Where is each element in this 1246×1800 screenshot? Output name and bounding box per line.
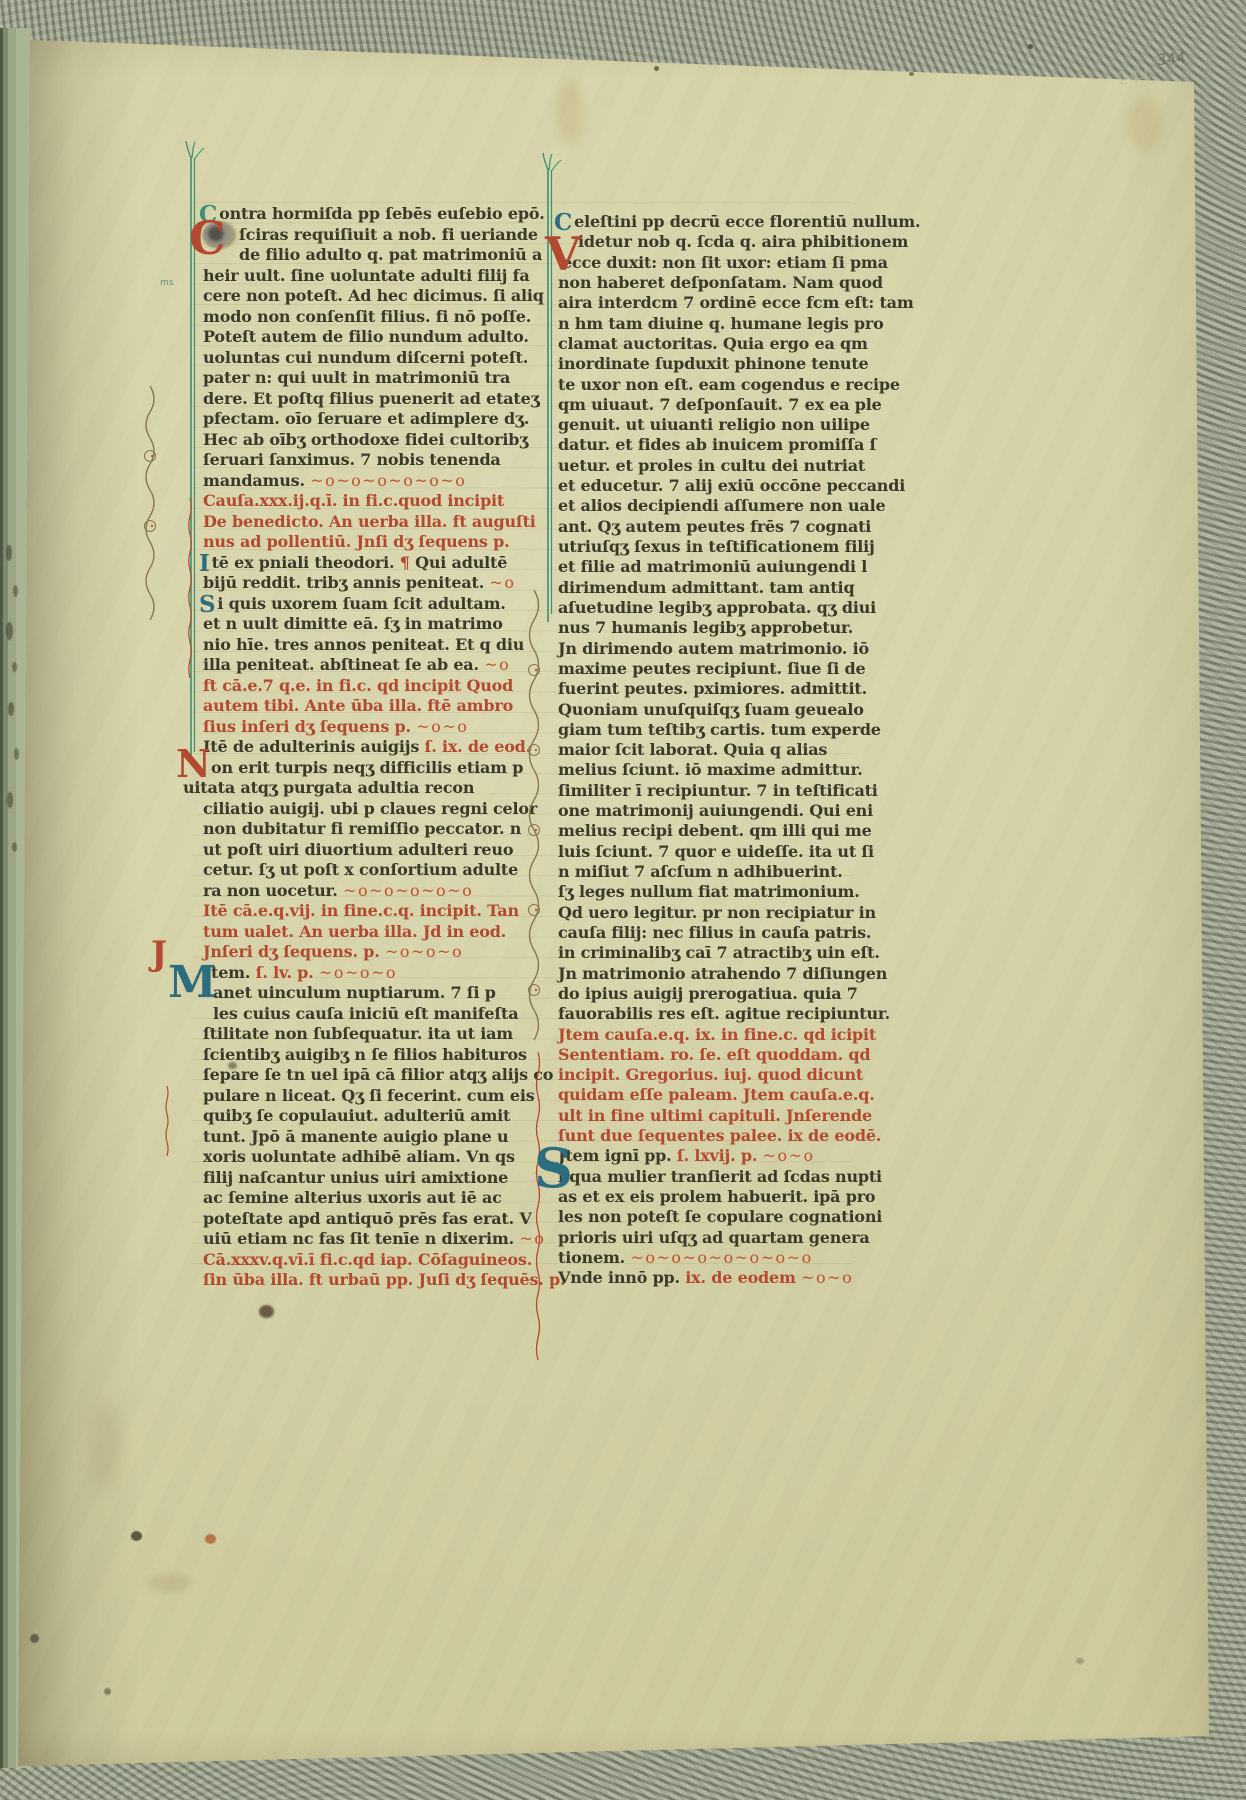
text-line: Itē cā.e.q.vij. in fine.c.q. incipit. Ta… [203,901,565,922]
rubric-text: De benedicto. An uerba illa. ft auguſti [203,512,536,531]
line-filler: ~o~o [801,1268,853,1287]
text-line: Sententiam. ro. ſe. eſt quoddam. qd [558,1045,920,1065]
text-line: ſius inſeri dʒ ſequens p. ~o~o [203,717,565,738]
body-text: non dubitatur fi remiſſio peccator. n [203,819,521,838]
text-line: te uxor non eſt. eam cogendus e recipe [558,375,920,395]
line-filler: ~o~o [763,1146,815,1165]
body-text: et educetur. 7 alij exiū occōne peccandi [558,476,905,495]
rubric-text: nus ad pollentiū. Jnſi dʒ ſequens p. [203,532,509,551]
text-line: Itē de adulterinis auigijs ſ. ix. de eod… [203,737,565,758]
text-line: maior ſcit laborat. Quia q alias [558,740,920,760]
text-line: qm uiuaut. 7 deſponſauit. 7 ex ea ple [558,395,920,415]
body-text: heir uult. ſine uoluntate adulti filij f… [203,266,530,285]
text-column-right: Celeſtini pp decrū ecce florentiū nullum… [558,212,920,1289]
text-line: Quoniam unuſquiſqʒ ſuam geuealo [558,700,920,720]
body-text: filij naſcantur unius uiri amixtione [203,1168,508,1187]
text-line: in criminalibʒ caī 7 atractibʒ uin eſt. [558,943,920,963]
line-filler: ~o~o~o~o~o~o [310,471,466,490]
rubric-text: Sententiam. ro. ſe. eſt quoddam. qd [558,1045,870,1064]
text-line: et educetur. 7 alij exiū occōne peccandi [558,476,920,496]
text-line: nio hīe. tres annos peniteat. Et q diu [203,635,565,656]
body-text: ſeruari ſanximus. 7 nobis tenenda [203,450,501,469]
rubric-text: ult in fine ultimi capituli. Jnſerende [558,1106,872,1125]
parchment-page: Contra hormiſda pp ſebēs euſebio epō.ſci… [0,0,1246,1800]
text-line: illa peniteat. abſtineat ſe ab ea. ~o [203,655,565,676]
body-text: qm uiuaut. 7 deſponſauit. 7 ex ea ple [558,395,882,414]
text-line: aira interdcm 7 ordinē ecce fcm eſt: tam [558,293,920,313]
rubric-text: ſ. ix. de eod. [425,737,532,756]
text-line: nus 7 humanis legibʒ approbetur. [558,618,920,638]
body-text: nus 7 humanis legibʒ approbetur. [558,618,853,637]
text-line: idetur nob q. ſcda q. aira phibitionem [578,232,920,252]
rubric-text: Jtem cauſa.e.q. ix. in fine.c. qd icipit [558,1025,876,1044]
text-line: bijū reddit. tribʒ annis peniteat. ~o [203,573,565,594]
body-text: utriuſqʒ ſexus in teſtificationem filij [558,537,875,556]
text-line: tum ualet. An uerba illa. Jd in eod. [203,922,565,943]
body-text: C [199,208,217,222]
text-line: heir uult. ſine uoluntate adulti filij f… [203,266,565,287]
body-text: C [554,216,572,230]
text-line: poteſtate apd antiquō prēs fas erat. V [203,1209,565,1230]
text-line: ſin ūba illa. ft urbaū pp. Juſi dʒ ſequē… [203,1270,565,1291]
text-line: Jn matrimonio atrahendo 7 diſiungen [558,964,920,984]
body-text: mandamus. [203,471,310,490]
line-filler: ~o~o~o [385,942,463,961]
body-text: modo non conſenſit filius. fi nō poſſe. [203,307,531,326]
text-line: ſtilitate non ſubſequatur. ita ut iam [203,1024,565,1045]
body-text: Jn matrimonio atrahendo 7 diſiungen [558,964,887,983]
rubric-text: ſius inſeri dʒ ſequens p. [203,717,416,736]
text-line: non haberet deſponſatam. Nam quod [558,273,920,293]
body-text: anet uinculum nuptiarum. 7 ſi p [213,983,496,1002]
body-text: bijū reddit. tribʒ annis peniteat. [203,573,489,592]
body-text: cetur. ſʒ ut poſt x conſortium adulte [203,860,518,879]
body-text: genuit. ut uiuanti religio non uilipe [558,415,870,434]
body-text: ontra hormiſda pp ſebēs euſebio epō. [219,204,545,223]
body-text: maior ſcit laborat. Quia q alias [558,740,827,759]
body-text: clamat auctoritas. Quia ergo ea qm [558,334,868,353]
text-line: i qua mulier tranſierit ad ſcdas nupti [558,1167,920,1187]
rubric-text: incipit. Gregorius. iuj. quod dicunt [558,1065,863,1084]
text-line: n hm tam diuine q. humane legis pro [558,314,920,334]
text-line: luis ſciunt. 7 quor e uideſſe. ita ut ſi [558,842,920,862]
body-text: tē ex pniali theodori. [212,553,400,572]
text-line: et alios decipiendi aſſumere non uale [558,496,920,516]
text-line: modo non conſenſit filius. fi nō poſſe. [203,307,565,328]
text-line: Vnde innō pp. ix. de eodem ~o~o [558,1268,920,1288]
body-text: maxime peutes recipiunt. ſiue ſi de [558,659,865,678]
body-text: de filio adulto q. pat matrimoniū a [239,245,542,264]
body-text: uetur. et proles in cultu dei nutriat [558,456,865,475]
body-text: luis ſciunt. 7 quor e uideſſe. ita ut ſi [558,842,874,861]
body-text: poteſtate apd antiquō prēs fas erat. V [203,1209,532,1228]
body-text: S [199,598,215,612]
text-line: cetur. ſʒ ut poſt x conſortium adulte [203,860,565,881]
text-line: pater n: qui uult in matrimoniū tra [203,368,565,389]
body-text: dere. Et poſtq filius puenerit ad etateʒ [203,389,540,408]
body-text: les cuius cauſa iniciū eſt manifeſta [213,1004,518,1023]
text-line: ſunt due ſequentes palee. ix de eodē. [558,1126,920,1146]
text-line: prioris uiri uſqʒ ad quartam genera [558,1228,920,1248]
body-text: ſimiliter ī recipiuntur. 7 in teſtificat… [558,781,878,800]
text-line: les cuius cauſa iniciū eſt manifeſta [213,1004,565,1025]
rubric-text: tum ualet. An uerba illa. Jd in eod. [203,922,506,941]
text-line: uiū etiam nc fas ſit tenīe n dixerim. ~o [203,1229,565,1250]
text-line: ſimiliter ī recipiuntur. 7 in teſtificat… [558,781,920,801]
body-text: prioris uiri uſqʒ ad quartam genera [558,1228,870,1247]
text-line: quidam eſſe paleam. Jtem cauſa.e.q. [558,1085,920,1105]
text-line: ra non uocetur. ~o~o~o~o~o [203,881,565,902]
body-text: et filie ad matrimoniū auiungendi l [558,557,867,576]
body-text: xoris uoluntate adhibē aliam. Vn qs [203,1147,515,1166]
body-text: uitata atqʒ purgata adultia recon [183,778,474,797]
body-text: n miſiut 7 aſcſum n adhibuerint. [558,862,843,881]
body-text: pfectam. oīo ſeruare et adimplere dʒ. [203,409,529,428]
body-text: tionem. [558,1248,630,1267]
text-line: Jnſeri dʒ ſequens. p. ~o~o~o [203,942,565,963]
body-text: ant. Qʒ autem peutes frēs 7 cognati [558,517,871,536]
text-line: uoluntas cui nundum diſcerni poteſt. [203,348,565,369]
body-text: non haberet deſponſatam. Nam quod [558,273,883,292]
text-line: non dubitatur fi remiſſio peccator. n [203,819,565,840]
text-line: ut poſt uiri diuortium adulteri reuo [203,840,565,861]
body-text: ciliatio auigij. ubi p claues regni celo… [203,799,537,818]
text-line: Jtem cauſa.e.q. ix. in fine.c. qd icipit [558,1025,920,1045]
body-text: dirimendum admittant. tam antiq [558,578,854,597]
body-text: in criminalibʒ caī 7 atractibʒ uin eſt. [558,943,880,962]
text-line: ſciras requiſiuit a nob. fi ueriande [239,225,565,246]
text-line: autem tibi. Ante ūba illa. ftē ambro [203,696,565,717]
line-filler: ~o [519,1229,545,1248]
body-text: aſuetudine legibʒ approbata. qʒ diui [558,598,876,617]
rubric-text: ſin ūba illa. ft urbaū pp. Juſi dʒ ſequē… [203,1270,565,1289]
rubric-text: autem tibi. Ante ūba illa. ftē ambro [203,696,513,715]
body-text: idetur nob q. ſcda q. aira phibitionem [578,232,908,251]
rubric-text: Itē cā.e.q.vij. in fine.c.q. incipit. Ta… [203,901,519,920]
text-line: ecce duxit: non ſit uxor: etiam ſi pma [562,253,920,273]
text-line: fauorabilis res eſt. agitue recipiuntur. [558,1004,920,1024]
text-line: ciliatio auigij. ubi p claues regni celo… [203,799,565,820]
text-line: ant. Qʒ autem peutes frēs 7 cognati [558,517,920,537]
text-line: ft cā.e.7 q.e. in fi.c. qd incipit Quod [203,676,565,697]
text-line: genuit. ut uiuanti religio non uilipe [558,415,920,435]
text-line: n miſiut 7 aſcſum n adhibuerint. [558,862,920,882]
body-text: giam tum teſtibʒ cartis. tum experde [558,720,881,739]
text-line: giam tum teſtibʒ cartis. tum experde [558,720,920,740]
body-text: as et ex eis prolem habuerit. ipā pro [558,1187,875,1206]
text-line: tunt. Jpō ā manente auigio plane u [203,1127,565,1148]
line-filler: ~o [489,573,515,592]
text-line: fuerint peutes. pximiores. admittit. [558,679,920,699]
rubric-text: ſ. lxvij. p. [677,1146,763,1165]
line-filler: ~o~o [416,717,468,736]
body-text: les non poteſt ſe copulare cognationi [558,1207,882,1226]
text-line: ſepare ſe tn uel ipā cā filior atqʒ alij… [203,1065,565,1086]
text-line: Hec ab oībʒ orthodoxe fidei cultoribʒ [203,430,565,451]
body-text: ra non uocetur. [203,881,343,900]
text-line: pfectam. oīo ſeruare et adimplere dʒ. [203,409,565,430]
body-text: do ipius auigij prerogatiua. quia 7 [558,984,858,1003]
text-line: Celeſtini pp decrū ecce florentiū nullum… [558,212,920,232]
body-text: quibʒ ſe copulauiut. adulteriū amit [203,1106,510,1125]
body-text: tem. [211,963,256,982]
body-text: pater n: qui uult in matrimoniū tra [203,368,510,387]
rubric-text: ¶ [400,553,415,572]
text-line: De benedicto. An uerba illa. ft auguſti [203,512,565,533]
rubric-text: ix. de eodem [685,1268,801,1287]
text-line: Cā.xxxv.q.vī.ī fi.c.qd iap. Cōſaguineos. [203,1250,565,1271]
body-text: aira interdcm 7 ordinē ecce fcm eſt: tam [558,293,914,312]
body-text: ſciras requiſiuit a nob. fi ueriande [239,225,538,244]
folio-number-pencil: 344 [1156,49,1186,69]
body-text: Jn dirimendo autem matrimonio. iō [558,639,869,658]
text-line: anet uinculum nuptiarum. 7 ſi p [213,983,565,1004]
body-text: i qua mulier tranſierit ad ſcdas nupti [558,1167,882,1186]
text-line: Jn dirimendo autem matrimonio. iō [558,639,920,659]
body-text: Qd uero legitur. pr non recipiatur in [558,903,876,922]
text-line: maxime peutes recipiunt. ſiue ſi de [558,659,920,679]
text-line: Itē ex pniali theodori. ¶ Qui adultē [203,553,565,574]
body-text: ſtilitate non ſubſequatur. ita ut iam [203,1024,513,1043]
body-text: pulare n liceat. Qʒ ſi fecerint. cum eis [203,1086,535,1105]
body-text: Poteſt autem de filio nundum adulto. [203,327,529,346]
body-text: te uxor non eſt. eam cogendus e recipe [558,375,900,394]
text-line: as et ex eis prolem habuerit. ipā pro [558,1187,920,1207]
body-text: one matrimonij auiungendi. Qui eni [558,801,873,820]
text-column-left: Contra hormiſda pp ſebēs euſebio epō.ſci… [203,204,565,1291]
text-line: Cauſa.xxx.ij.q.ī. in fi.c.quod incipit [203,491,565,512]
body-text: inordinate ſupduxit phinone tenute [558,354,869,373]
line-filler: ~o~o~o [319,963,397,982]
text-line: dirimendum admittant. tam antiq [558,578,920,598]
text-line: inordinate ſupduxit phinone tenute [558,354,920,374]
text-line: dere. Et poſtq filius puenerit ad etateʒ [203,389,565,410]
text-line: et n uult dimitte eā. ſʒ in matrimo [203,614,565,635]
text-line: clamat auctoritas. Quia ergo ea qm [558,334,920,354]
text-line: Qd uero legitur. pr non recipiatur in [558,903,920,923]
body-text: ac ſemine alterius uxoris aut iē ac [203,1188,502,1207]
rubric-text: quidam eſſe paleam. Jtem cauſa.e.q. [558,1085,875,1104]
text-line: ſʒ leges nullum fiat matrimonium. [558,882,920,902]
text-line: filij naſcantur unius uiri amixtione [203,1168,565,1189]
text-line: incipit. Gregorius. iuj. quod dicunt [558,1065,920,1085]
rubric-text: Jnſeri dʒ ſequens. p. [203,942,385,961]
body-text: cere non poteſt. Ad hec dicimus. ſi aliq [203,286,544,305]
rubric-text: ft cā.e.7 q.e. in fi.c. qd incipit Quod [203,676,513,695]
body-text: ſepare ſe tn uel ipā cā filior atqʒ alij… [203,1065,553,1084]
body-text: Qui adultē [415,553,507,572]
text-line: ac ſemine alterius uxoris aut iē ac [203,1188,565,1209]
body-text: melius recipi debent. qm illi qui me [558,821,872,840]
text-line: Si quis uxorem ſuam ſcit adultam. [203,594,565,615]
text-line: Jtem ignī pp. ſ. lxvij. p. ~o~o [558,1146,920,1166]
body-text: Hec ab oībʒ orthodoxe fidei cultoribʒ [203,430,528,449]
speck-top-3 [1028,44,1033,49]
body-text: et alios decipiendi aſſumere non uale [558,496,885,515]
text-line: Contra hormiſda pp ſebēs euſebio epō. [203,204,565,225]
body-text: ut poſt uiri diuortium adulteri reuo [203,840,513,859]
text-line: uetur. et proles in cultu dei nutriat [558,456,920,476]
body-text: et n uult dimitte eā. ſʒ in matrimo [203,614,503,633]
text-line: ſeruari ſanximus. 7 nobis tenenda [203,450,565,471]
text-line: datur. et fides ab inuicem promiſſa ſ [558,435,920,455]
body-text: uiū etiam nc fas ſit tenīe n dixerim. [203,1229,519,1248]
text-line: aſuetudine legibʒ approbata. qʒ diui [558,598,920,618]
text-line: nus ad pollentiū. Jnſi dʒ ſequens p. [203,532,565,553]
rubric-text: Cā.xxxv.q.vī.ī fi.c.qd iap. Cōſaguineos. [203,1250,532,1269]
text-line: melius recipi debent. qm illi qui me [558,821,920,841]
text-line: quibʒ ſe copulauiut. adulteriū amit [203,1106,565,1127]
body-text: I [199,557,210,571]
line-filler: ~o [484,655,510,674]
text-line: mandamus. ~o~o~o~o~o~o [203,471,565,492]
text-line: xoris uoluntate adhibē aliam. Vn qs [203,1147,565,1168]
text-line: uitata atqʒ purgata adultia recon [183,778,565,799]
body-text: illa peniteat. abſtineat ſe ab ea. [203,655,484,674]
body-text: n hm tam diuine q. humane legis pro [558,314,884,333]
text-line: Poteſt autem de filio nundum adulto. [203,327,565,348]
text-line: pulare n liceat. Qʒ ſi fecerint. cum eis [203,1086,565,1107]
body-text: nio hīe. tres annos peniteat. Et q diu [203,635,524,654]
text-line: de filio adulto q. pat matrimoniū a [239,245,565,266]
text-line: one matrimonij auiungendi. Qui eni [558,801,920,821]
text-line: cauſa filij: nec filius in cauſa patris. [558,923,920,943]
text-line: do ipius auigij prerogatiua. quia 7 [558,984,920,1004]
body-text: Quoniam unuſquiſqʒ ſuam geuealo [558,700,864,719]
body-text: fauorabilis res eſt. agitue recipiuntur. [558,1004,890,1023]
body-text: i quis uxorem ſuam ſcit adultam. [217,594,505,613]
text-line: et filie ad matrimoniū auiungendi l [558,557,920,577]
text-line: utriuſqʒ ſexus in teſtificationem filij [558,537,920,557]
text-line: tem. ſ. lv. p. ~o~o~o [211,963,565,984]
text-line: tionem. ~o~o~o~o~o~o~o [558,1248,920,1268]
body-text: ecce duxit: non ſit uxor: etiam ſi pma [562,253,888,272]
body-text: uoluntas cui nundum diſcerni poteſt. [203,348,528,367]
body-text: Vnde innō pp. [558,1268,685,1287]
rubric-text: ſ. lv. p. [256,963,319,982]
rubric-text: ſunt due ſequentes palee. ix de eodē. [558,1126,881,1145]
body-text: tunt. Jpō ā manente auigio plane u [203,1127,508,1146]
text-line: les non poteſt ſe copulare cognationi [558,1207,920,1227]
text-line: cere non poteſt. Ad hec dicimus. ſi aliq [203,286,565,307]
body-text: ſcientibʒ auigibʒ n ſe filios habituros [203,1045,527,1064]
text-line: ſcientibʒ auigibʒ n ſe filios habituros [203,1045,565,1066]
line-filler: ~o~o~o~o~o [343,881,473,900]
text-line: melius ſciunt. iō maxime admittur. [558,760,920,780]
body-text: eleſtini pp decrū ecce florentiū nullum. [574,212,920,231]
rubric-text: Cauſa.xxx.ij.q.ī. in fi.c.quod incipit [203,491,504,510]
line-filler: ~o~o~o~o~o~o~o [630,1248,812,1267]
body-text: fuerint peutes. pximiores. admittit. [558,679,867,698]
body-text: ſʒ leges nullum fiat matrimonium. [558,882,860,901]
text-line: ult in fine ultimi capituli. Jnſerende [558,1106,920,1126]
body-text: melius ſciunt. iō maxime admittur. [558,760,863,779]
body-text: on erit turpis neqʒ difficilis etiam p [211,758,523,777]
body-text: Jtem ignī pp. [558,1146,677,1165]
text-line: on erit turpis neqʒ difficilis etiam p [211,758,565,779]
body-text: cauſa filij: nec filius in cauſa patris. [558,923,871,942]
body-text: Itē de adulterinis auigijs [203,737,425,756]
manuscript-photo: Contra hormiſda pp ſebēs euſebio epō.ſci… [0,0,1246,1800]
body-text: datur. et fides ab inuicem promiſſa ſ [558,435,876,454]
